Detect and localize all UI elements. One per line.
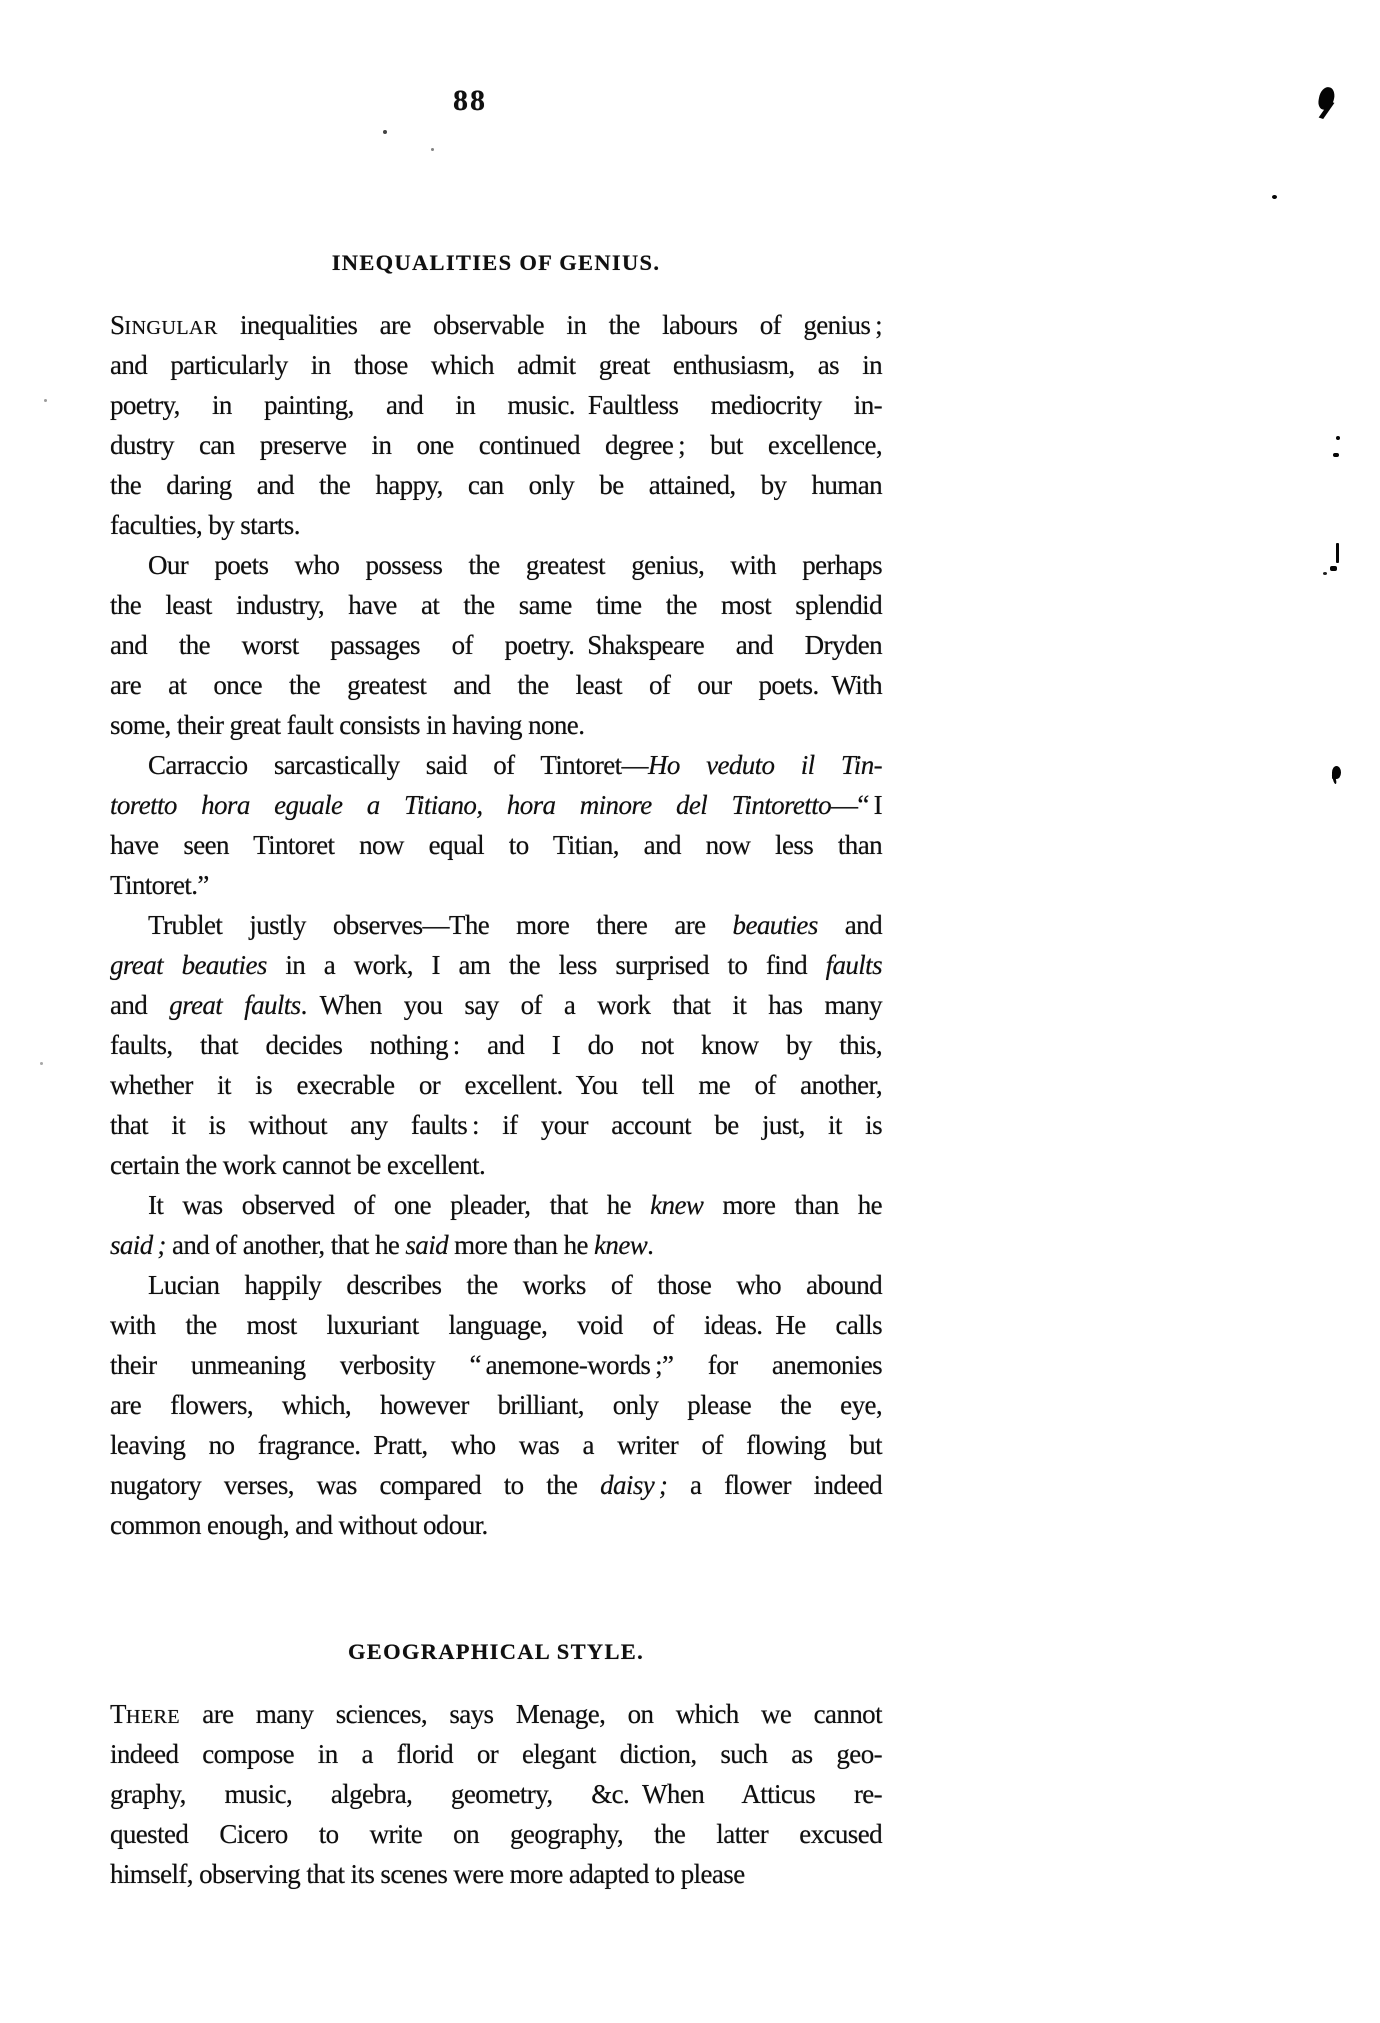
ink-speck (1336, 436, 1340, 440)
ink-speck (1333, 453, 1339, 457)
paragraph: SINGULAR inequalities are observable in … (110, 305, 882, 545)
text-line: Tintoret.” (110, 865, 882, 905)
text-line: great beauties in a work, I am the less … (110, 945, 882, 985)
ink-speck (1332, 766, 1341, 779)
article-geographical-style: GEOGRAPHICAL STYLE. THERE are many scien… (110, 1637, 882, 1894)
text-line: quested Cicero to write on geography, th… (110, 1814, 882, 1854)
text-line: toretto hora eguale a Titiano, hora mino… (110, 785, 882, 825)
text-line: SINGULAR inequalities are observable in … (110, 305, 882, 345)
text-line: THERE are many sciences, says Menage, on… (110, 1694, 882, 1734)
text-line: are at once the greatest and the least o… (110, 665, 882, 705)
ink-speck (1323, 572, 1327, 575)
text-line: Lucian happily describes the works of th… (110, 1265, 882, 1305)
text-line: graphy, music, algebra, geometry, &c. Wh… (110, 1774, 882, 1814)
article-body: SINGULAR inequalities are observable in … (110, 305, 882, 1545)
ink-speck (1330, 566, 1337, 571)
text-line: said ; and of another, that he said more… (110, 1225, 882, 1265)
text-line: nugatory verses, was compared to the dai… (110, 1465, 882, 1505)
text-line: himself, observing that its scenes were … (110, 1854, 882, 1894)
text-line: and particularly in those which admit gr… (110, 345, 882, 385)
paragraph: THERE are many sciences, says Menage, on… (110, 1694, 882, 1894)
ink-speck (1272, 195, 1277, 199)
text-line: poetry, in painting, and in music. Fault… (110, 385, 882, 425)
text-line: with the most luxuriant language, void o… (110, 1305, 882, 1345)
article-body: THERE are many sciences, says Menage, on… (110, 1694, 882, 1894)
text-line: Our poets who possess the greatest geniu… (110, 545, 882, 585)
text-line: their unmeaning verbosity “ anemone-word… (110, 1345, 882, 1385)
small-caps: INGULAR (124, 317, 217, 339)
book-page: 88 INEQUALITIES OF GENIUS. SINGULAR ineq… (110, 0, 882, 1894)
paragraph: Trublet justly observes—The more there a… (110, 905, 882, 1185)
article-inequalities-of-genius: INEQUALITIES OF GENIUS. SINGULAR inequal… (110, 248, 882, 1545)
text-line: that it is without any faults : if your … (110, 1105, 882, 1145)
paragraph: Carraccio sarcastically said of Tintoret… (110, 745, 882, 905)
page-number: 88 (84, 84, 856, 118)
article-heading: INEQUALITIES OF GENIUS. (110, 248, 882, 278)
text-line: leaving no fragrance. Pratt, who was a w… (110, 1425, 882, 1465)
text-line: faults, that decides nothing : and I do … (110, 1025, 882, 1065)
text-line: some, their great fault consists in havi… (110, 705, 882, 745)
text-line: It was observed of one pleader, that he … (110, 1185, 882, 1225)
text-line: faculties, by starts. (110, 505, 882, 545)
small-caps: HERE (126, 1706, 180, 1728)
text-line: whether it is execrable or excellent. Yo… (110, 1065, 882, 1105)
text-line: dustry can preserve in one continued deg… (110, 425, 882, 465)
text-line: the daring and the happy, can only be at… (110, 465, 882, 505)
text-line: the least industry, have at the same tim… (110, 585, 882, 625)
text-line: certain the work cannot be excellent. (110, 1145, 882, 1185)
ink-speck (1317, 86, 1336, 111)
ink-speck (40, 1062, 43, 1065)
text-line: Trublet justly observes—The more there a… (110, 905, 882, 945)
text-line: and the worst passages of poetry. Shaksp… (110, 625, 882, 665)
paragraph: It was observed of one pleader, that he … (110, 1185, 882, 1265)
ink-speck (44, 399, 47, 402)
text-line: indeed compose in a florid or elegant di… (110, 1734, 882, 1774)
text-line: common enough, and without odour. (110, 1505, 882, 1545)
text-line: have seen Tintoret now equal to Titian, … (110, 825, 882, 865)
article-heading: GEOGRAPHICAL STYLE. (110, 1637, 882, 1667)
text-line: Carraccio sarcastically said of Tintoret… (110, 745, 882, 785)
text-line: are flowers, which, however brilliant, o… (110, 1385, 882, 1425)
text-line: and great faults. When you say of a work… (110, 985, 882, 1025)
ink-speck (1336, 543, 1339, 563)
paragraph: Lucian happily describes the works of th… (110, 1265, 882, 1545)
paragraph: Our poets who possess the greatest geniu… (110, 545, 882, 745)
